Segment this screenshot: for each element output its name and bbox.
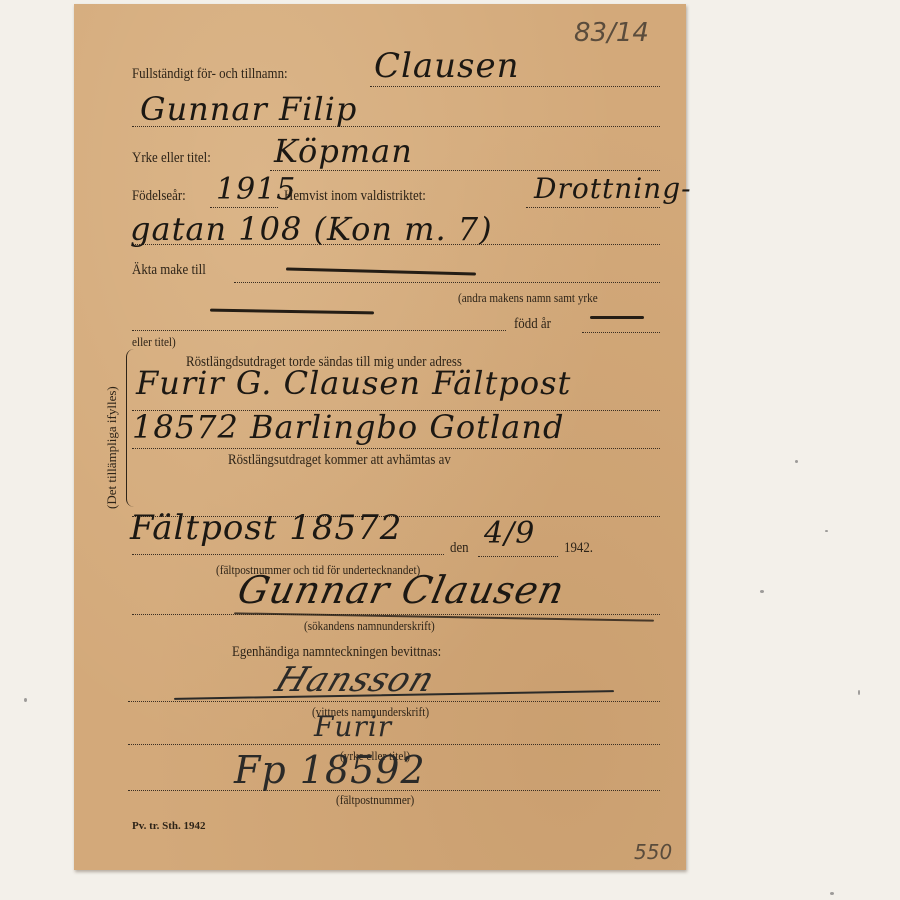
spouse-dash-stroke — [286, 268, 476, 276]
year-label: 1942. — [564, 540, 593, 557]
residence-label: Hemvist inom valdistriktet: — [284, 188, 426, 205]
born-year-label: född år — [514, 316, 551, 333]
applicant-signature: Gunnar Clausen — [234, 568, 569, 612]
witness-fieldpost: Fp 18592 — [234, 748, 426, 792]
witness-title: Furir — [314, 710, 392, 743]
spouse-hint: (andra makens namn samt yrke — [458, 290, 598, 306]
signed-place-value: Fältpost 18572 — [130, 508, 402, 548]
applicant-signature-hint: (sökandens namnunderskrift) — [304, 618, 435, 634]
send-address-value-2: 18572 Barlingbo Gotland — [132, 408, 564, 446]
archive-mark-top: 83/14 — [574, 18, 649, 48]
send-address-value-1: Furir G. Clausen Fältpost — [136, 364, 571, 402]
side-note: (Det tillämpliga ifylles) — [104, 386, 120, 509]
spouse-occupation-dash-stroke — [210, 309, 374, 315]
occupation-label: Yrke eller titel: — [132, 150, 211, 167]
residence-value-1: Drottning- — [534, 172, 692, 205]
spouse-hint-cont: eller titel) — [132, 334, 176, 350]
date-value: 4/9 — [484, 516, 535, 551]
birth-year-line — [210, 207, 278, 208]
signed-place-line — [132, 554, 444, 555]
witness-signature-line — [128, 701, 660, 702]
date-line — [478, 556, 558, 557]
spouse-occupation-line — [132, 330, 506, 331]
background-speck — [830, 892, 834, 895]
send-address-line-2 — [132, 448, 660, 449]
witness-fieldpost-hint: (fältpostnummer) — [336, 792, 414, 808]
spouse-born-line — [582, 332, 660, 333]
spouse-line — [234, 282, 660, 283]
witness-label: Egenhändiga namnteckningen bevittnas: — [232, 644, 441, 661]
spouse-born-dash-stroke — [590, 316, 644, 319]
given-names-value: Gunnar Filip — [140, 90, 357, 128]
residence-line-1 — [526, 207, 660, 208]
background-speck — [760, 590, 764, 593]
surname-value: Clausen — [374, 46, 520, 86]
printer-mark: Pv. tr. Sth. 1942 — [132, 820, 206, 832]
full-name-label: Fullständigt för- och tillnamn: — [132, 66, 288, 83]
archive-mark-bottom: 550 — [634, 840, 672, 864]
pickup-label: Röstlängsutdraget kommer att avhämtas av — [228, 452, 451, 469]
spouse-label: Äkta make till — [132, 262, 206, 279]
occupation-line — [270, 170, 660, 171]
background-speck — [24, 698, 27, 702]
background-speck — [795, 460, 798, 463]
background-speck — [858, 690, 860, 695]
birth-year-label: Födelseår: — [132, 188, 186, 205]
full-name-line — [370, 86, 660, 87]
background-speck — [825, 530, 828, 532]
den-label: den — [450, 540, 469, 557]
form-card: 83/14 550 Fullständigt för- och tillnamn… — [74, 4, 686, 870]
occupation-value: Köpman — [274, 132, 413, 170]
witness-title-line — [128, 744, 660, 745]
residence-value-2: gatan 108 (Kon m. 7) — [130, 210, 493, 248]
